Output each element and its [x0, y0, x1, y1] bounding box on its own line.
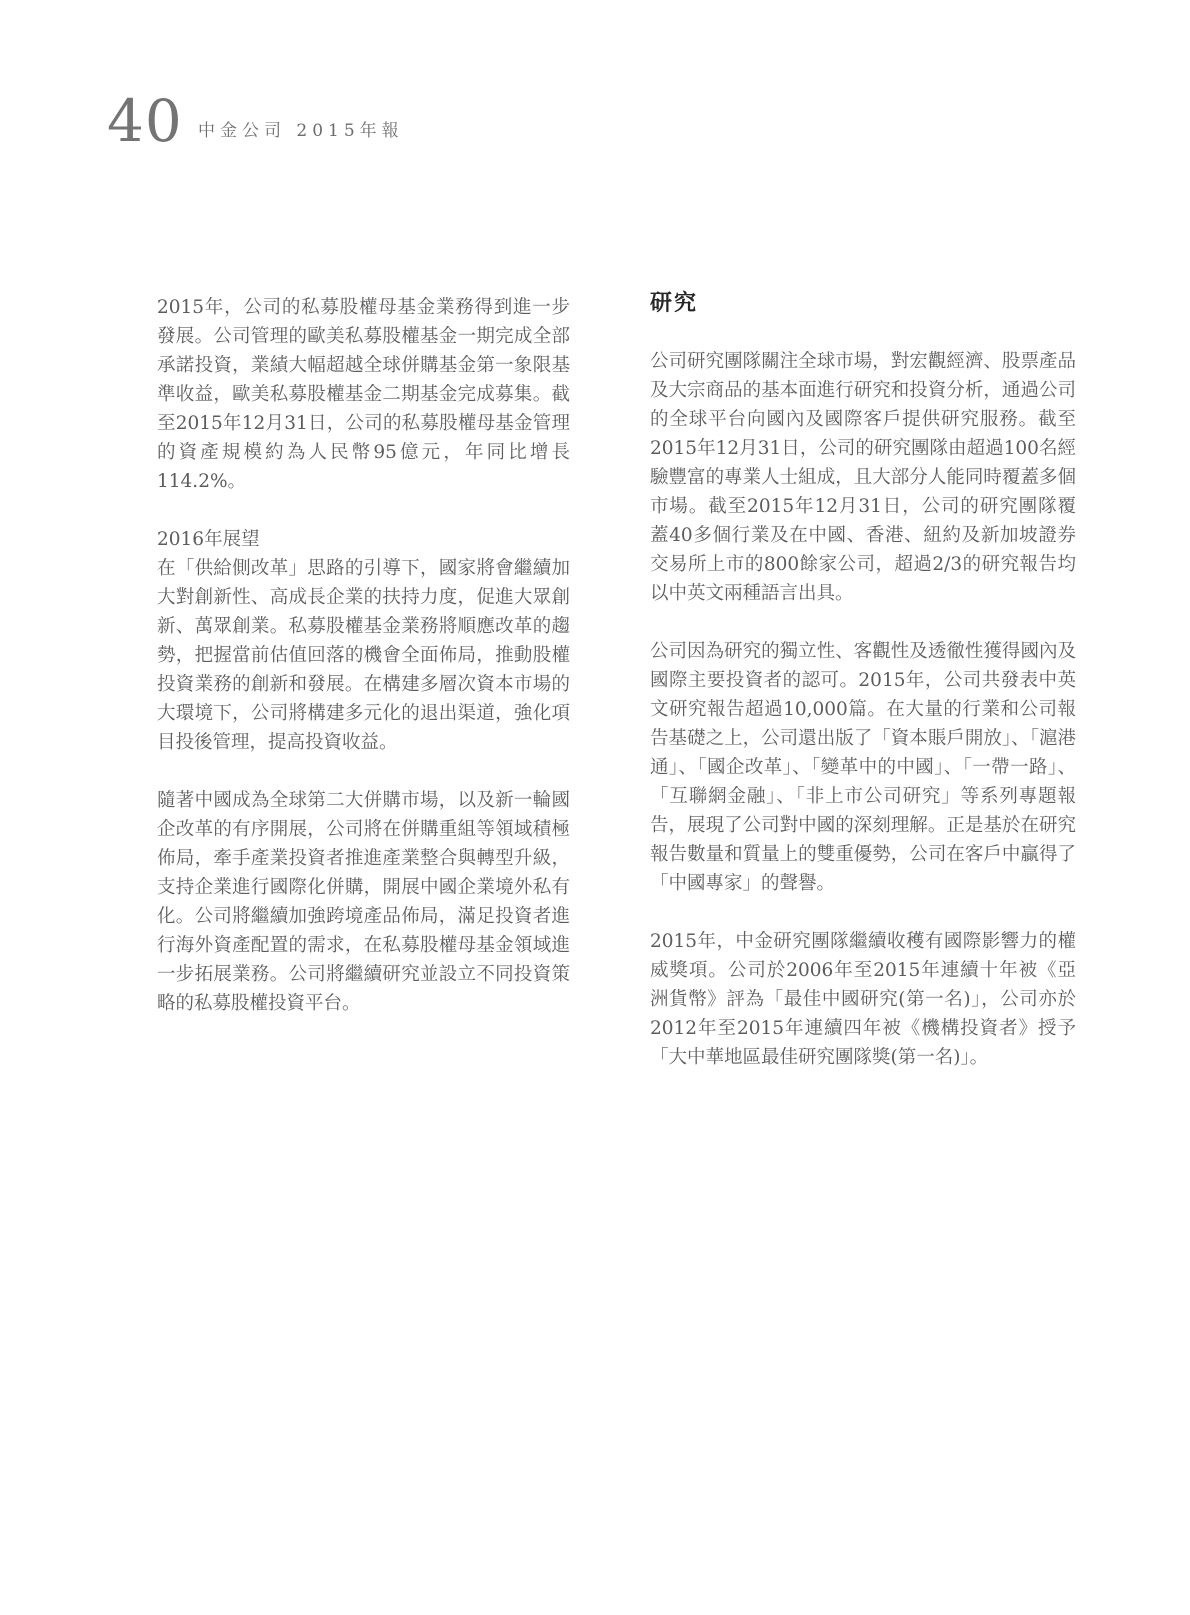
paragraph-research-team: 公司研究團隊關注全球市場，對宏觀經濟、股票產品及大宗商品的基本面進行研究和投資分… — [650, 347, 1076, 608]
left-column: 2015年，公司的私募股權母基金業務得到進一步發展。公司管理的歐美私募股權基金一… — [157, 293, 570, 1018]
report-title: 中金公司 2015年報 — [198, 120, 404, 144]
paragraph-research-reports: 公司因為研究的獨立性、客觀性及透徹性獲得國內及國際主要投資者的認可。2015年，… — [650, 637, 1076, 898]
paragraph-2016-outlook-2: 隨著中國成為全球第二大併購市場，以及新一輪國企改革的有序開展，公司將在併購重組等… — [157, 786, 570, 1018]
paragraph-pe-fund-2015: 2015年，公司的私募股權母基金業務得到進一步發展。公司管理的歐美私募股權基金一… — [157, 293, 570, 496]
document-page: 40 中金公司 2015年報 2015年，公司的私募股權母基金業務得到進一步發展… — [0, 0, 1190, 1615]
paragraph-research-awards: 2015年，中金研究團隊繼續收穫有國際影響力的權威獎項。公司於2006年至201… — [650, 927, 1076, 1072]
right-column: 研究 公司研究團隊關注全球市場，對宏觀經濟、股票產品及大宗商品的基本面進行研究和… — [650, 289, 1076, 1072]
section-heading-research: 研究 — [650, 289, 1076, 318]
page-number: 40 — [107, 92, 183, 150]
subheading-2016-outlook: 2016年展望 — [157, 525, 570, 554]
paragraph-2016-outlook-1: 在「供給側改革」思路的引導下，國家將會繼續加大對創新性、高成長企業的扶持力度，促… — [157, 554, 570, 757]
